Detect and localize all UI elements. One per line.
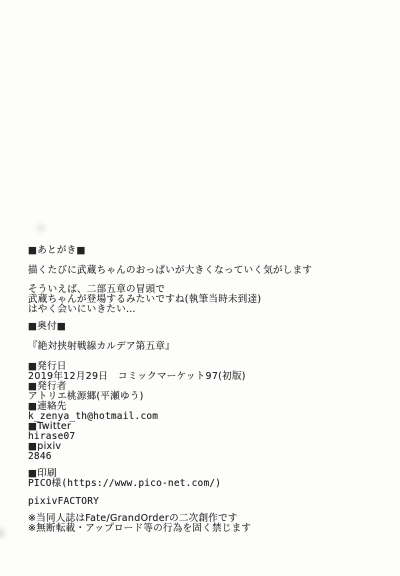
contact-email: k_zenya_th@hotmail.com: [28, 412, 390, 422]
afterword-line-1: 描くたびに武蔵ちゃんのおっぱいが大きくなっていく気がします: [28, 266, 390, 276]
page-content: ■あとがき■ 描くたびに武蔵ちゃんのおっぱいが大きくなっていく気がします そうい…: [28, 246, 390, 534]
pixiv-id: 2846: [28, 452, 390, 462]
colophon-heading: ■奥付■: [28, 322, 390, 332]
book-title: 『絶対挟射戦線カルデア第五章』: [28, 342, 390, 352]
publish-date-value: 2019年12月29日 コミックマーケット97(初版): [28, 372, 390, 382]
pixiv-label: ■pixiv: [28, 442, 390, 452]
doujinshi-colophon-page: ■あとがき■ 描くたびに武蔵ちゃんのおっぱいが大きくなっていく気がします そうい…: [0, 0, 400, 576]
scan-artifact: [36, 224, 46, 232]
publisher-value: アトリエ桃源郷(平瀬ゆう): [28, 392, 390, 402]
twitter-label: ■Twitter: [28, 422, 390, 432]
scan-artifact: [0, 528, 5, 538]
printer-value: PICO様(https://www.pico-net.com/): [28, 479, 390, 489]
printer-extra: pixivFACTORY: [28, 497, 390, 507]
afterword-heading: ■あとがき■: [28, 246, 390, 256]
no-reupload-note: ※無断転載・アップロード等の行為を固く禁じます: [28, 524, 390, 534]
afterword-line-4: はやく会いにいきたい…: [28, 305, 390, 315]
twitter-id: hirase07: [28, 432, 390, 442]
